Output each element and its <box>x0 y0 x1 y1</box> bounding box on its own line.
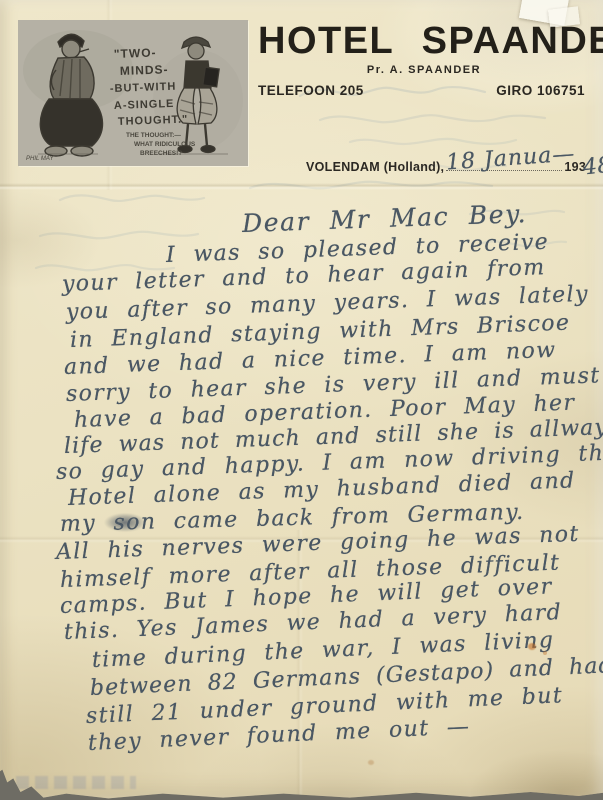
letter-line: so gay and happy. I am now driving the <box>56 440 603 485</box>
contact-row: TELEFOON 205 GIRO 106751 <box>258 83 585 98</box>
handwritten-date: 18 Janua— <box>446 142 577 176</box>
faded-stamp <box>16 776 136 789</box>
letter-line: in England staying with Mrs Briscoe <box>70 311 571 353</box>
rust-spot <box>543 651 547 655</box>
dateline: VOLENDAM (Holland), 18 Janua— 193 48 <box>306 152 603 177</box>
caption-line: THE THOUGHT:— <box>126 132 181 139</box>
letterhead-cartoon: "TWO- MINDS- -BUT-WITH A-SINGLE THOUGHT.… <box>18 20 248 166</box>
letter-line: himself more after all those difficult <box>60 551 561 593</box>
quote-line: "TWO- <box>114 46 157 61</box>
letter-line: between 82 Germans (Gestapo) and had <box>89 653 603 701</box>
letter-line: camps. But I hope he will get over <box>59 574 552 619</box>
telefoon-number: TELEFOON 205 <box>258 83 364 98</box>
artist-signature: PHIL MAY <box>26 156 54 162</box>
hotel-name: HOTEL SPAANDER <box>258 20 594 63</box>
letter-line: sorry to hear she is very ill and must <box>66 363 601 407</box>
quote-line: -BUT-WITH <box>110 81 177 95</box>
horizontal-crease <box>0 183 603 190</box>
letter-line: this. Yes James we had a very hard <box>63 600 562 645</box>
letter-line: time during the war, I was living <box>91 628 554 673</box>
giro-number: GIRO 106751 <box>496 83 585 98</box>
handwritten-year: 48 <box>582 153 603 181</box>
quote-line: A-SINGLE <box>114 98 175 112</box>
proprietor-line: Pr. A. SPAANDER <box>258 64 590 76</box>
caption-line: BREECHES!? <box>140 150 182 157</box>
letter-line: I was so pleased to receive <box>166 230 550 268</box>
caption-line: WHAT RIDICULOUS <box>134 141 196 148</box>
letter-line: have a bad operation. Poor May her <box>74 391 576 433</box>
rust-spot <box>368 760 374 765</box>
letter-line: your letter and to hear again from <box>62 255 546 297</box>
letter-line: you after so many years. I was lately <box>66 282 590 325</box>
quote-line: THOUGHT." <box>118 114 189 128</box>
letter-line: All his nerves were going he was not <box>56 522 580 565</box>
date-dotted-line: 18 Janua— <box>446 158 562 171</box>
salutation: Dear Mr Mac Bey. <box>242 199 528 238</box>
rust-spot <box>528 643 536 650</box>
letter-line: and we had a nice time. I am now <box>64 338 557 380</box>
place-printed: VOLENDAM (Holland), <box>306 160 444 174</box>
vertical-crease <box>296 530 303 800</box>
letter-line: life was not much and still she is allwa… <box>64 415 603 459</box>
ink-blot <box>104 513 146 532</box>
letter-line: they never found me out — <box>87 714 470 756</box>
letter-line: still 21 under ground with me but <box>85 683 563 729</box>
letter-paper: "TWO- MINDS- -BUT-WITH A-SINGLE THOUGHT.… <box>0 0 603 800</box>
quote-line: MINDS- <box>120 62 169 78</box>
letter-line: my son came back from Germany. <box>60 500 525 537</box>
horizontal-crease <box>0 536 603 543</box>
letter-line: Hotel alone as my husband died and <box>68 468 576 511</box>
